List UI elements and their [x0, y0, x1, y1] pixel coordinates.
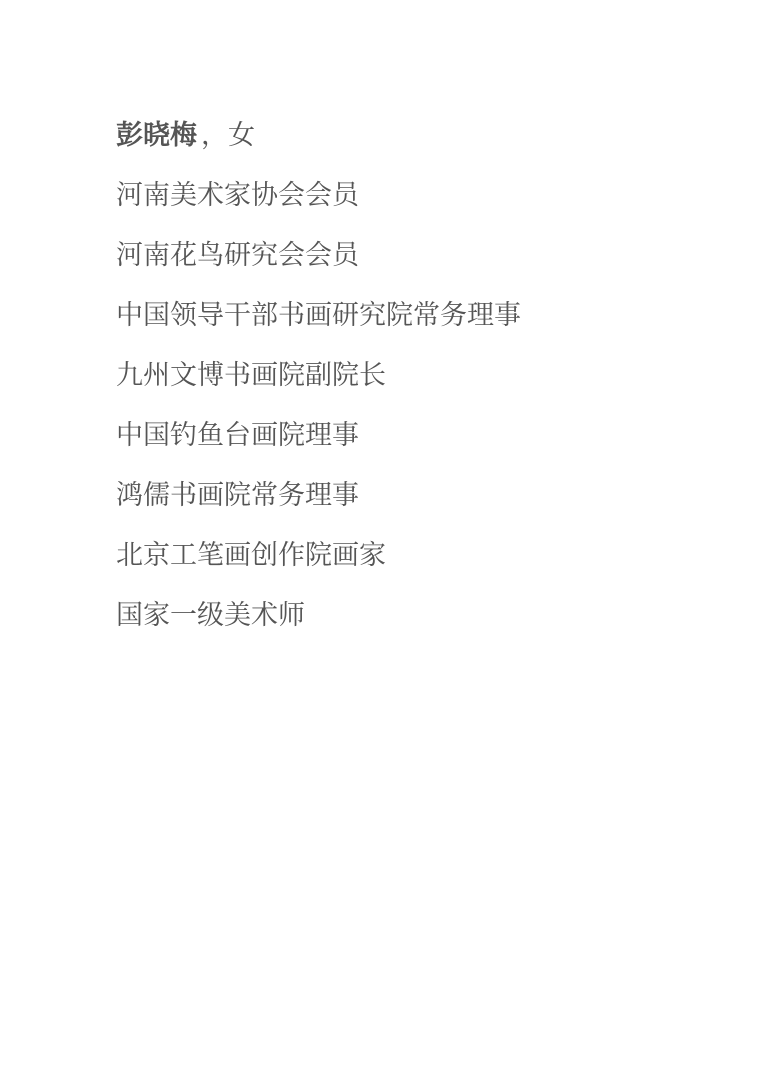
name-separator: ， [201, 120, 228, 151]
title-item: 北京工笔画创作院画家 [116, 526, 716, 586]
title-item: 中国领导干部书画研究院常务理事 [116, 286, 716, 346]
person-gender: 女 [228, 120, 255, 151]
title-item: 河南美术家协会会员 [116, 166, 716, 226]
name-line: 彭晓梅，女 [116, 106, 716, 166]
title-item: 河南花鸟研究会会员 [116, 226, 716, 286]
title-item: 国家一级美术师 [116, 586, 716, 646]
title-item: 鸿儒书画院常务理事 [116, 466, 716, 526]
title-item: 九州文博书画院副院长 [116, 346, 716, 406]
person-name: 彭晓梅 [116, 120, 197, 151]
title-item: 中国钓鱼台画院理事 [116, 406, 716, 466]
profile-document: 彭晓梅，女 河南美术家协会会员 河南花鸟研究会会员 中国领导干部书画研究院常务理… [116, 106, 716, 646]
